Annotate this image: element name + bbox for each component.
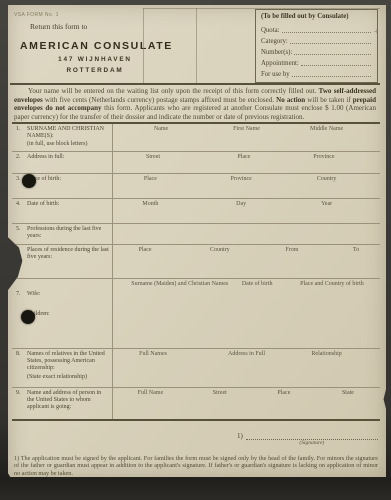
return-address-block: Return this form to AMERICAN CONSULATE 1…: [20, 22, 170, 74]
row-label: 1.SURNAME AND CHRISTIAN NAME(S):: [16, 126, 109, 140]
consulate-city: ROTTERDAM: [20, 67, 170, 74]
column-header: Province: [313, 154, 334, 160]
punch-hole: [22, 174, 36, 188]
form-row: 9.Name and address of person in the Unit…: [12, 388, 380, 419]
intro-text: Your name will be entered on the waiting…: [28, 87, 319, 95]
row-number: 7.: [16, 291, 27, 298]
signature-caption: (Signature): [299, 440, 324, 446]
consulate-field: Appointment:: [261, 56, 372, 67]
form-row: 1.SURNAME AND CHRISTIAN NAME(S):(in full…: [12, 124, 380, 152]
column-header: Full Names: [139, 351, 167, 357]
row-entry-cell: PlaceCountryFromTo: [113, 245, 380, 278]
column-header: Place: [277, 390, 290, 396]
form-row: 6.Places of residence during the last fi…: [12, 245, 380, 279]
dotted-leader: [301, 65, 371, 66]
consulate-field: Quota:: [261, 23, 372, 34]
row-label-cell: 4.Date of birth:: [12, 199, 113, 223]
row-label-text: Places of residence during the last five…: [27, 247, 109, 260]
column-header: Place and Country of birth: [300, 281, 364, 287]
intro-text: will be taken if: [305, 96, 353, 104]
row-label: 4.Date of birth:: [16, 201, 109, 208]
row-sublabel: Children:: [27, 311, 109, 318]
instructions-paragraph: Your name will be entered on the waiting…: [14, 87, 376, 121]
section-rule: [10, 83, 380, 85]
form-row: 2.Address in full:StreetPlaceProvince: [12, 152, 380, 174]
form-row: 7.Wife:Children:Surname (Maiden) and Chr…: [12, 279, 380, 349]
intro-emphasis: No action: [276, 96, 305, 104]
fold-divider: [196, 8, 197, 83]
consulate-box-title: (To be filled out by Consulate): [261, 13, 372, 20]
row-label-note: (State exact relationship): [27, 374, 109, 381]
punch-hole: [21, 310, 35, 324]
column-header: Year: [321, 201, 332, 207]
signature-area: 1) (Signature): [237, 431, 378, 440]
row-number: 6.: [16, 247, 27, 254]
column-header: Place: [144, 176, 157, 182]
row-entry-cell: PlaceProvinceCountry: [113, 174, 380, 198]
pencil-mark: +: [374, 27, 379, 36]
row-entry-cell: MonthDayYear: [113, 199, 380, 223]
signature-line: (Signature): [246, 431, 378, 440]
row-label-text: Professions during the last five years:: [27, 226, 101, 239]
row-number: 4.: [16, 201, 27, 208]
row-number: 8.: [16, 351, 27, 358]
row-label-text: Address in full:: [27, 154, 64, 160]
row-number: 1.: [16, 126, 27, 133]
row-label-cell: 8.Names of relatives in the United State…: [12, 349, 113, 387]
row-label: 7.Wife:: [16, 291, 109, 298]
row-label-note: (in full, use block letters): [27, 141, 109, 148]
consulate-field-label: For use by: [261, 71, 290, 78]
consulate-field-label: Category:: [261, 38, 288, 45]
row-entry-cell: Full NamesAddress in FullRelationship: [113, 349, 380, 387]
row-number: 5.: [16, 226, 27, 233]
column-header: State: [342, 390, 354, 396]
consulate-field-label: Quota:: [261, 27, 280, 34]
row-label: 5.Professions during the last five years…: [16, 226, 109, 240]
column-header: Address in Full: [228, 351, 265, 357]
consulate-name: AMERICAN CONSULATE: [20, 40, 170, 52]
row-label-text: Name and address of person in the United…: [27, 390, 101, 410]
column-header: To: [353, 247, 359, 253]
dotted-leader: [290, 43, 371, 44]
column-header: Street: [213, 390, 227, 396]
row-label-cell: 2.Address in full:: [12, 152, 113, 173]
row-label-cell: 6.Places of residence during the last fi…: [12, 245, 113, 278]
column-header: Name: [154, 126, 168, 132]
column-header: Middle Name: [310, 126, 343, 132]
column-header: Province: [230, 176, 251, 182]
return-instruction: Return this form to: [30, 22, 170, 31]
consulate-field: For use by: [261, 67, 372, 78]
row-label-cell: 1.SURNAME AND CHRISTIAN NAME(S):(in full…: [12, 124, 113, 151]
signature-footnote-ref: 1): [237, 432, 243, 440]
registration-table: 1.SURNAME AND CHRISTIAN NAME(S):(in full…: [12, 122, 380, 421]
scanned-form: VSA FORM No. 1 Return this form to AMERI…: [8, 5, 386, 477]
consulate-field-label: Appointment:: [261, 60, 299, 67]
footnote: 1) The application must be signed by the…: [14, 455, 378, 477]
form-row: 8.Names of relatives in the United State…: [12, 349, 380, 388]
row-label-cell: 9.Name and address of person in the Unit…: [12, 388, 113, 419]
row-number: 9.: [16, 390, 27, 397]
dotted-leader: [282, 32, 372, 33]
row-label: 2.Address in full:: [16, 154, 109, 161]
column-header: Date of birth: [242, 281, 273, 287]
row-label-text: Wife:: [27, 291, 40, 297]
column-header: Full Name: [138, 390, 164, 396]
column-header: From: [285, 247, 298, 253]
consulate-field-label: Number(s):: [261, 49, 292, 56]
row-label-cell: 5.Professions during the last five years…: [12, 224, 113, 244]
intro-text: with five cents (Netherlands currency) p…: [43, 96, 276, 104]
column-header: Place: [139, 247, 152, 253]
row-entry-cell: StreetPlaceProvince: [113, 152, 380, 173]
column-header: Place: [237, 154, 250, 160]
column-header: Country: [210, 247, 230, 253]
fold-divider: [143, 8, 144, 83]
column-header: Relationship: [311, 351, 341, 357]
dotted-leader: [294, 54, 371, 55]
column-header: Country: [317, 176, 337, 182]
row-entry-cell: NameFirst NameMiddle Name: [113, 124, 380, 151]
form-row: 3.Place of birth:PlaceProvinceCountry: [12, 174, 380, 199]
form-row: 4.Date of birth:MonthDayYear: [12, 199, 380, 224]
row-entry-cell: Surname (Maiden) and Christian NamesDate…: [113, 279, 380, 348]
row-label: 8.Names of relatives in the United State…: [16, 351, 109, 373]
row-label-text: Date of birth:: [27, 201, 59, 207]
dotted-leader: [292, 76, 371, 77]
row-label: 9.Name and address of person in the Unit…: [16, 390, 109, 412]
consulate-field: Category:: [261, 34, 372, 45]
column-header: Street: [146, 154, 160, 160]
consulate-use-box: (To be filled out by Consulate) Quota:Ca…: [255, 9, 378, 83]
consulate-street: 147 WIJNHAVEN: [20, 56, 170, 63]
row-label-text: Names of relatives in the United States,…: [27, 351, 105, 371]
column-header: Day: [236, 201, 246, 207]
form-number: VSA FORM No. 1: [14, 12, 59, 18]
consulate-box-fields: Quota:Category:Number(s):Appointment:For…: [261, 23, 372, 78]
row-label-text: SURNAME AND CHRISTIAN NAME(S):: [27, 126, 104, 139]
consulate-field: Number(s):: [261, 45, 372, 56]
row-number: 2.: [16, 154, 27, 161]
column-header: First Name: [233, 126, 260, 132]
column-header: Surname (Maiden) and Christian Names: [131, 281, 228, 287]
row-entry-cell: [113, 224, 380, 244]
column-header: Month: [142, 201, 158, 207]
row-label: 6.Places of residence during the last fi…: [16, 247, 109, 261]
row-entry-cell: Full NameStreetPlaceState: [113, 388, 380, 419]
scan-background: VSA FORM No. 1 Return this form to AMERI…: [0, 0, 391, 500]
form-row: 5.Professions during the last five years…: [12, 224, 380, 245]
